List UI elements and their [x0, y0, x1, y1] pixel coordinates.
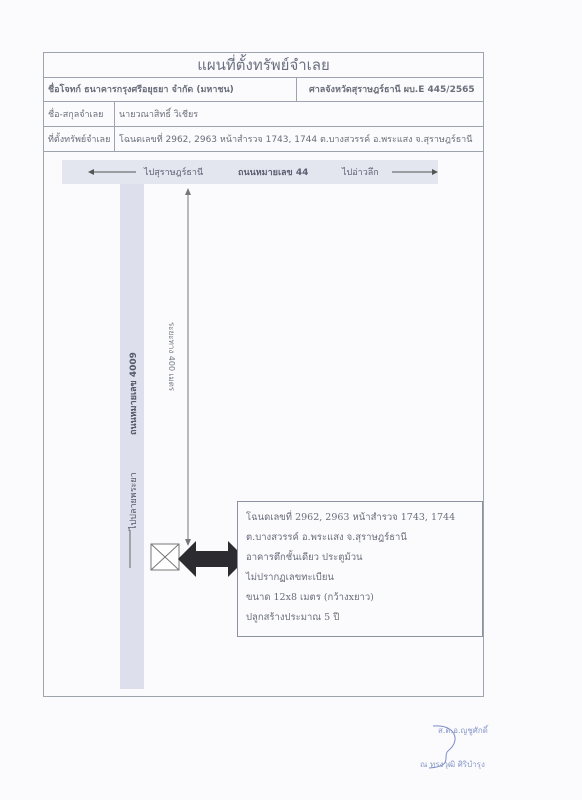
plaintiff-label: ชื่อโจทก์ [48, 82, 81, 96]
info-line: ไม่ปรากฏเลขทะเบียน [246, 568, 482, 588]
road-4009 [120, 184, 144, 689]
location-label: ที่ตั้งทรัพย์จำเลย [44, 127, 114, 151]
signature-line-2: ณ ทรงวุฒิ ศิริบำรุง [420, 758, 485, 771]
right-destination: ไปอ่าวลึก [342, 165, 379, 179]
defendant-row: ชื่อ-สกุลจำเลย นายวณาสิทธิ์ วิเชียร [44, 102, 483, 127]
plaintiff-row: ชื่อโจทก์ ธนาคารกรุงศรีอยุธยา จำกัด (มหา… [44, 77, 483, 102]
distance-label: ระยะทาง 400 เมตร [165, 322, 178, 391]
defendant-label: ชื่อ-สกุลจำเลย [44, 102, 114, 126]
road-name-4009: ถนนหมายเลข 4009 [126, 352, 140, 435]
plaintiff-cell: ชื่อโจทก์ ธนาคารกรุงศรีอยุธยา จำกัด (มหา… [44, 77, 296, 101]
left-destination: ไปสุราษฎร์ธานี [144, 165, 203, 179]
signature-line-1: ส.ต.อ.ญชูศักดิ์ [438, 724, 488, 737]
defendant-name: นายวณาสิทธิ์ วิเชียร [114, 102, 485, 126]
distance-line [182, 188, 194, 546]
arrow-down-icon [124, 530, 136, 570]
road-name-44: ถนนหมายเลข 44 [238, 165, 308, 179]
document-title: แผนที่ตั้งทรัพย์จำเลย [44, 53, 483, 78]
location-value: โฉนดเลขที่ 2962, 2963 หน้าสำรวจ 1743, 17… [114, 127, 485, 151]
info-line: อาคารตึกชั้นเดียว ประตูม้วน [246, 548, 482, 568]
info-line: ปลูกสร้างประมาณ 5 ปี [246, 608, 482, 628]
location-row: ที่ตั้งทรัพย์จำเลย โฉนดเลขที่ 2962, 2963… [44, 127, 483, 152]
vertical-destination: ไปปลายพระยา [126, 472, 140, 530]
property-info-box: โฉนดเลขที่ 2962, 2963 หน้าสำรวจ 1743, 17… [237, 501, 483, 637]
info-line: ต.บางสวรรค์ อ.พระแสง จ.สุราษฎร์ธานี [246, 528, 482, 548]
arrow-right-icon [390, 168, 440, 176]
info-line: ขนาด 12x8 เมตร (กว้างxยาว) [246, 588, 482, 608]
plaintiff-name: ธนาคารกรุงศรีอยุธยา จำกัด (มหาชน) [84, 82, 234, 96]
arrow-left-icon [88, 168, 138, 176]
double-arrow-icon [178, 541, 246, 577]
info-line: โฉนดเลขที่ 2962, 2963 หน้าสำรวจ 1743, 17… [246, 508, 482, 528]
road-44: ไปสุราษฎร์ธานี ถนนหมายเลข 44 ไปอ่าวลึก [62, 160, 438, 184]
court-case: ศาลจังหวัดสุราษฎร์ธานี ผบ.E 445/2565 [296, 77, 485, 101]
property-marker-icon [150, 543, 180, 571]
